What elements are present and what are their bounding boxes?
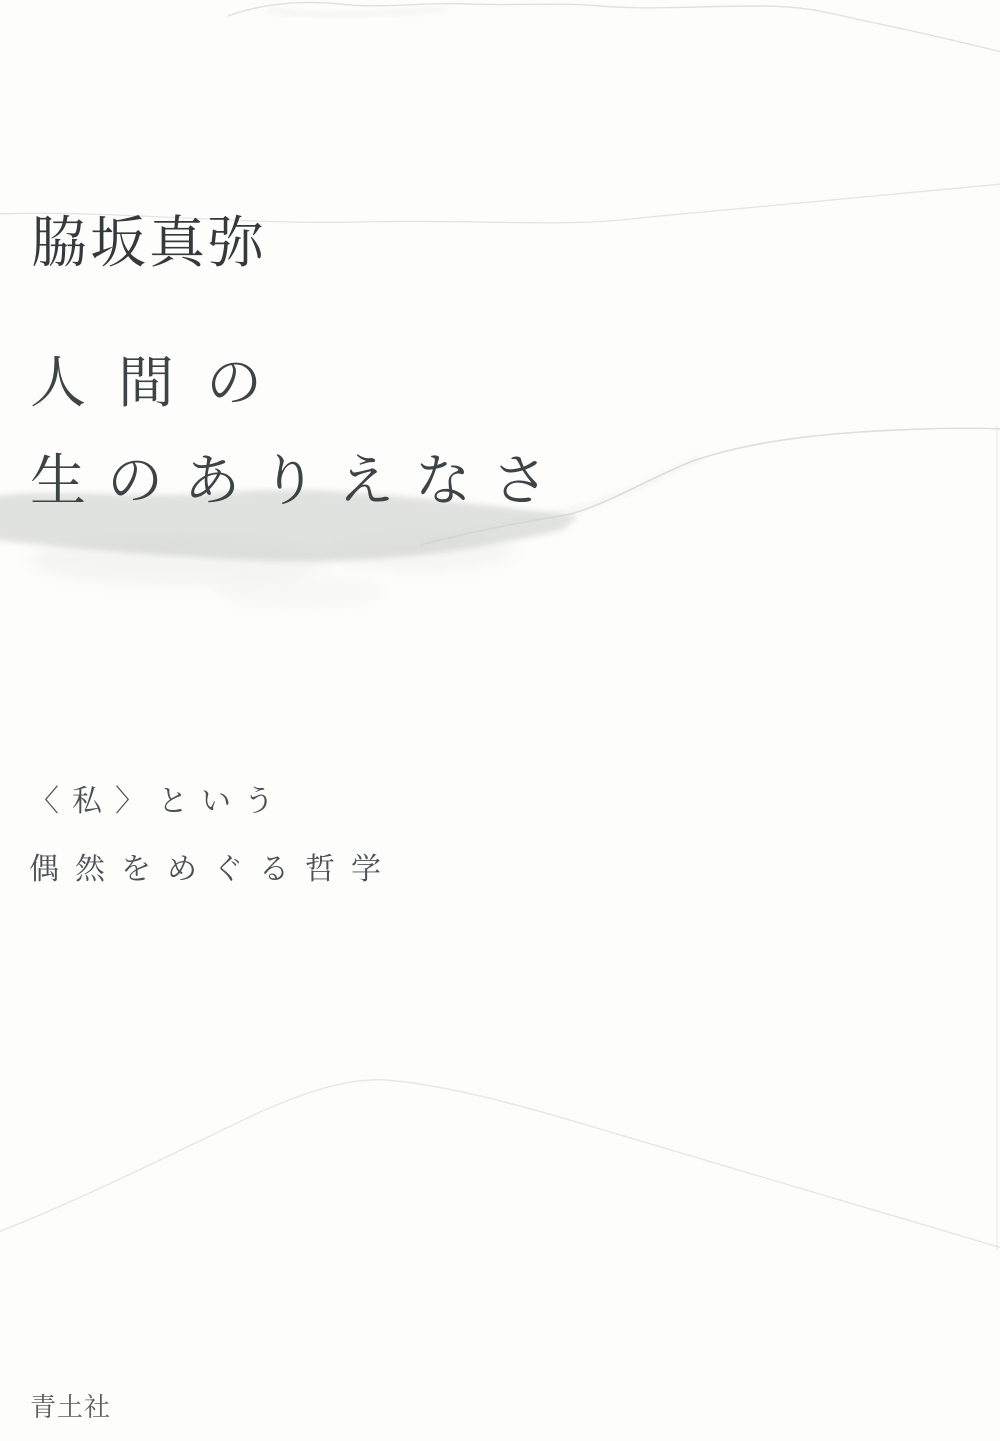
torn-edge-top [228, 3, 1000, 53]
torn-edge-top-fuzz [268, 9, 445, 15]
subtitle-line-2: 偶然をめぐる哲学 [29, 855, 397, 885]
publisher-name: 青土社 [30, 1394, 111, 1423]
torn-edge-bottom [0, 1080, 1000, 1248]
title-line-2: 生のありえなさ [30, 454, 569, 510]
title-line-1: 人間の [30, 356, 294, 412]
author-name: 脇坂真弥 [31, 216, 267, 272]
book-cover: 脇坂真弥 人間の 生のありえなさ 〈私〉という 偶然をめぐる哲学 青土社 [0, 0, 1000, 1441]
subtitle-line-1: 〈私〉という [29, 787, 287, 817]
